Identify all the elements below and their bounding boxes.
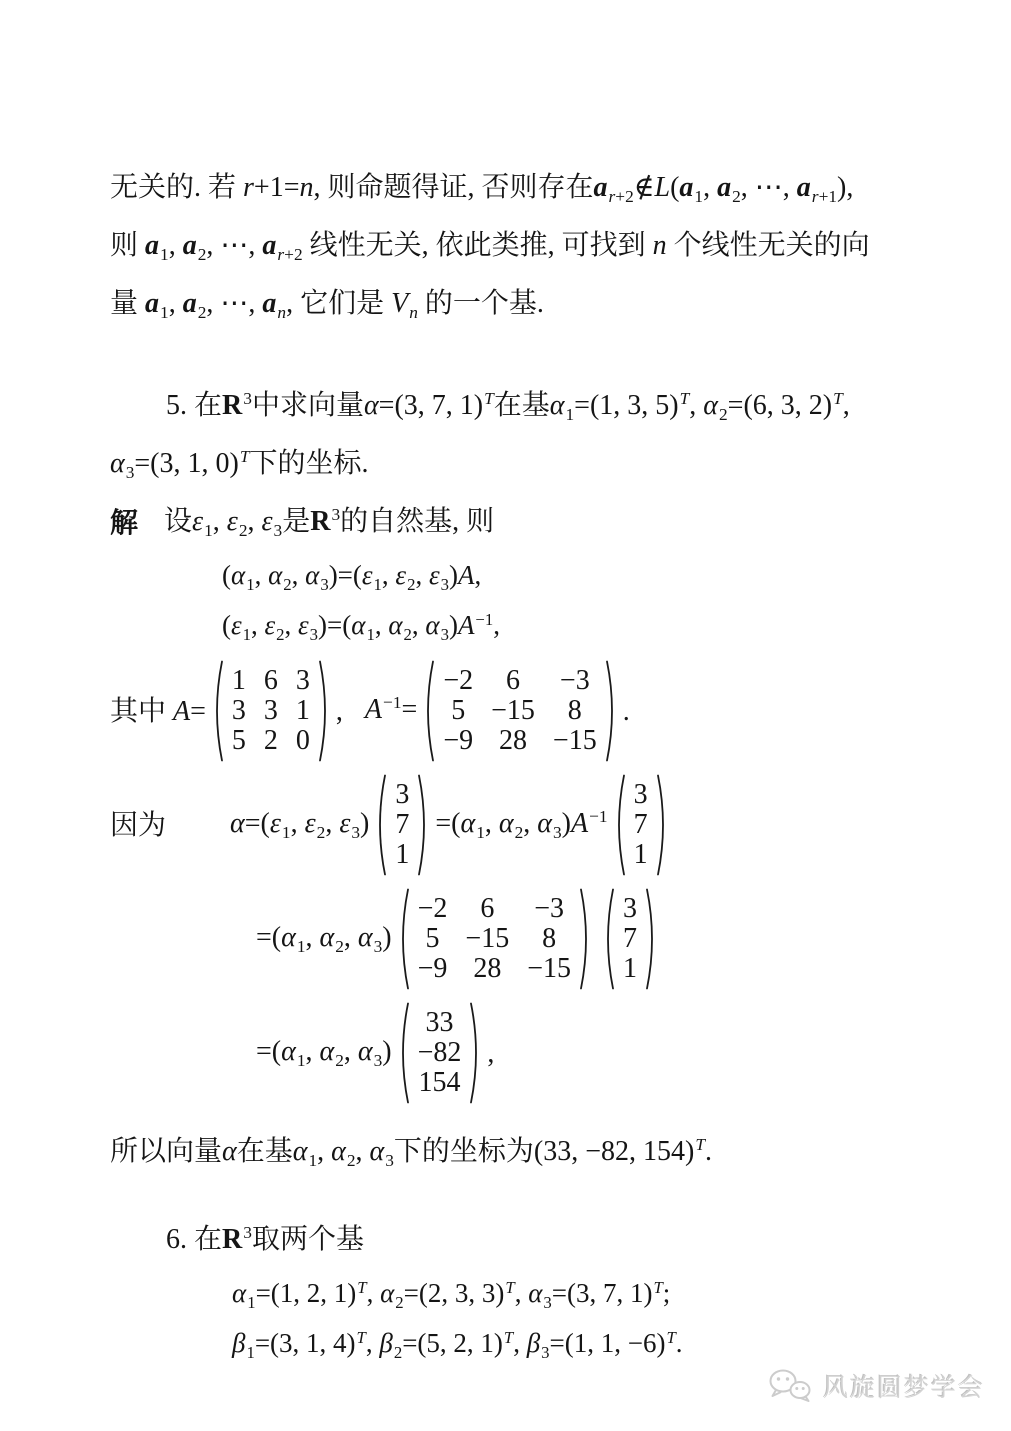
watermark-footer: 风旋圆梦学会 (767, 1367, 985, 1405)
text-run: 1 (297, 937, 306, 956)
matrix-cell: 3 (634, 780, 648, 810)
text-run: , (703, 172, 717, 203)
math-var: ε (231, 610, 242, 640)
text-run: , (291, 808, 305, 839)
math-var: α (331, 1136, 346, 1167)
text-run: =(6, 3, 2) (728, 390, 832, 421)
text-part: 5. 在R3中求向量α=(3, 7, 1)T在基α1=(1, 3, 5)T, α… (166, 378, 850, 436)
math-var: α (364, 390, 379, 421)
text-run: 2 (198, 303, 207, 322)
subscript: 1 (247, 1293, 255, 1312)
text-run: 2 (347, 1151, 356, 1170)
text-part: α=(ε1, ε2, ε3) (230, 796, 369, 854)
math-var: α (499, 808, 514, 839)
text-run: 1 (282, 823, 291, 842)
text-run: 1 (246, 575, 254, 594)
text-run: , (523, 808, 537, 839)
spacer (166, 825, 230, 826)
text-part: =(α1, α2, α3) (256, 1024, 392, 1082)
text-run: 设 (164, 506, 192, 537)
matrix-paren-left-icon (210, 660, 225, 762)
math-var: β (527, 1328, 540, 1358)
spacer (138, 523, 164, 524)
text-run: 1 (204, 521, 213, 540)
text-run: = (190, 696, 206, 727)
document-body: 无关的. 若 r+1=n, 则命题得证, 否则存在ar+2∉L(a1, a2, … (0, 0, 1011, 1370)
column-vector: 371 (612, 774, 670, 876)
matrix: −26−35−158−928−15 (421, 660, 618, 762)
text-run: , (213, 506, 227, 537)
text-run: 2 (719, 405, 728, 424)
matrix-cell: 0 (296, 726, 310, 756)
text-run: 3 (385, 1151, 394, 1170)
text-run: 1 (243, 625, 251, 644)
matrix-cell: −15 (527, 954, 571, 984)
math-var: n (409, 303, 418, 322)
text-run: 3 (274, 521, 283, 540)
subscript: 2 (407, 575, 415, 594)
text-run: , (169, 288, 183, 319)
subscript: 2 (732, 187, 741, 206)
text-run: , (412, 610, 426, 640)
text-run: ) (562, 808, 571, 839)
problem6-line-2: β1=(3, 1, 4)T, β2=(5, 2, 1)T, β3=(1, 1, … (110, 1320, 921, 1370)
text-run: =(2, 3, 3) (404, 1278, 505, 1308)
text-run: 3 (553, 823, 562, 842)
math-var: ε (395, 560, 406, 590)
proof-line-3: 量 a1, a2, ⋯, an, 它们是 Vn 的一个基. (110, 276, 921, 334)
text-part: 6. 在R3取两个基 (166, 1212, 364, 1270)
matrix-cell: 7 (623, 924, 637, 954)
bold-vector: a (797, 172, 811, 203)
bold-vector: a (262, 288, 276, 319)
text-run: , ⋯, (206, 230, 262, 261)
bold-text: 解 (110, 508, 138, 539)
text-run: 1 (247, 1293, 255, 1312)
math-var: ε (298, 610, 309, 640)
matrix-cell: −15 (465, 924, 509, 954)
text-run: =(3, 1, 0) (134, 448, 238, 479)
text-run: =( (245, 808, 270, 839)
bold-vector: a (262, 230, 276, 261)
text-run: ) (449, 610, 458, 640)
text-run: 量 (110, 288, 145, 319)
text-run: 因为 (110, 810, 166, 841)
matrix-cell: 28 (499, 726, 527, 756)
math-var: β (232, 1328, 245, 1358)
math-var: α (232, 1278, 246, 1308)
text-run: 3 (243, 1223, 252, 1242)
matrix-paren-right-icon (468, 1002, 483, 1104)
matrix-cell: −3 (534, 894, 564, 924)
text-run: . (623, 696, 630, 727)
solution-head: 解设ε1, ε2, ε3是R3的自然基, 则 (110, 494, 921, 552)
matrix-cell: 8 (542, 924, 556, 954)
text-run: , (356, 1136, 370, 1167)
text-run: , (285, 610, 299, 640)
text-run: 下的坐标为(33, −82, 154) (394, 1136, 694, 1167)
subscript: 2 (719, 405, 728, 424)
text-part: β1=(3, 1, 4)T, β2=(5, 2, 1)T, β3=(1, 1, … (232, 1320, 683, 1370)
matrix-cell: −82 (418, 1038, 462, 1068)
matrix-grid: 33−82154 (411, 1008, 469, 1098)
matrix-paren-right-icon (644, 888, 659, 990)
equation-basis-1: (α1, α2, α3)=(ε1, ε2, ε3)A, (110, 552, 921, 602)
text-part: (ε1, ε2, ε3)=(α1, α2, α3)A−1, (222, 602, 500, 652)
math-var: r (812, 187, 819, 206)
text-run: =( (435, 808, 460, 839)
bold-text: R (310, 506, 330, 537)
subscript: r+2 (609, 187, 634, 206)
subscript: 3 (541, 1343, 549, 1362)
text-run: 则 (110, 230, 145, 261)
text-run: 2 (317, 823, 326, 842)
math-var: ε (192, 506, 203, 537)
text-run: 中求向量 (252, 390, 364, 421)
bold-vector: a (717, 172, 731, 203)
text-run: 其中 (110, 696, 173, 727)
matrix-cell: 2 (264, 726, 278, 756)
math-var: T (666, 1328, 675, 1347)
math-var: β (379, 1328, 392, 1358)
math-var: T (357, 1278, 366, 1297)
superscript: T (505, 1278, 514, 1297)
math-var: T (505, 1278, 514, 1297)
text-run: 所以向量 (110, 1136, 222, 1167)
text-run: 1 (246, 1343, 254, 1362)
superscript: 3 (243, 1223, 252, 1242)
text-run: 3 (126, 463, 135, 482)
matrix-cell: −2 (418, 894, 448, 924)
because-line: 因为α=(ε1, ε2, ε3)371=(α1, α2, α3)A−1371 (110, 772, 921, 878)
matrix-cell: 1 (296, 696, 310, 726)
text-run: 取两个基 (252, 1224, 364, 1255)
text-run: 线性无关, 依此类推, 可找到 (303, 230, 653, 261)
math-var: α (268, 560, 282, 590)
problem6-head: 6. 在R3取两个基 (110, 1212, 921, 1270)
text-run: , (306, 1036, 320, 1067)
text-run: , ⋯, (741, 172, 797, 203)
math-var: T (484, 389, 494, 408)
text-run: , (169, 230, 183, 261)
math-var: α (110, 448, 125, 479)
math-var: α (281, 1036, 296, 1067)
text-run: 在基 (237, 1136, 293, 1167)
text-run: =(1, 3, 5) (574, 390, 678, 421)
text-run: . (705, 1136, 712, 1167)
text-run: =(3, 7, 1) (379, 390, 483, 421)
matrix-grid: 371 (616, 894, 644, 984)
superscript: 3 (331, 505, 340, 524)
subscript: 2 (335, 937, 344, 956)
superscript: −1 (475, 610, 493, 629)
subscript: 2 (347, 1151, 356, 1170)
text-run: 2 (276, 625, 284, 644)
text-run: , (306, 922, 320, 953)
text-run: 3 (543, 1293, 551, 1312)
matrix-cell: 3 (395, 780, 409, 810)
text-run: 1 (366, 625, 374, 644)
text-run: , (325, 808, 339, 839)
bold-text: R (222, 390, 242, 421)
text-run: 2 (283, 575, 291, 594)
text-run: 2 (404, 625, 412, 644)
subscript: 1 (282, 823, 291, 842)
matrix-cell: 5 (232, 726, 246, 756)
text-run: , 它们是 (286, 288, 391, 319)
text-run: +2 (284, 245, 302, 264)
matrix-paren-left-icon (601, 888, 616, 990)
text-run: 3 (351, 823, 360, 842)
matrix-paren-left-icon (396, 888, 411, 990)
math-var: T (653, 1278, 662, 1297)
subscript: 2 (335, 1051, 344, 1070)
equation-basis-2: (ε1, ε2, ε3)=(α1, α2, α3)A−1, (110, 602, 921, 652)
text-run: =(1, 1, −6) (550, 1328, 666, 1358)
matrix-grid: −26−35−158−928−15 (436, 666, 603, 756)
text-part: 所以向量α在基α1, α2, α3下的坐标为(33, −82, 154)T. (110, 1124, 712, 1182)
text-run: =(3, 1, 4) (255, 1328, 356, 1358)
subscript: 2 (198, 245, 207, 264)
text-run: , (493, 610, 500, 640)
text-run: , (474, 560, 481, 590)
matrix-cell: 3 (232, 696, 246, 726)
text-run: =( (256, 1036, 281, 1067)
text-run: 1 (160, 245, 169, 264)
text-run: )=( (318, 610, 351, 640)
matrix-cell: 154 (419, 1068, 461, 1098)
matrix-cell: −15 (491, 696, 535, 726)
math-var: A (173, 696, 190, 727)
math-var: ε (305, 808, 316, 839)
subscript: 3 (441, 625, 449, 644)
math-var: ε (265, 610, 276, 640)
math-var: n (300, 172, 314, 203)
matrix-cell: 1 (232, 666, 246, 696)
subscript: 3 (385, 1151, 394, 1170)
subscript: n (277, 303, 286, 322)
subscript: 2 (404, 625, 412, 644)
text-run: 个线性无关的向 (667, 230, 870, 261)
matrix-paren-right-icon (578, 888, 593, 990)
text-part: , (336, 684, 343, 739)
proof-line-1: 无关的. 若 r+1=n, 则命题得证, 否则存在ar+2∉L(a1, a2, … (110, 160, 921, 218)
text-run: , (513, 1328, 527, 1358)
subscript: 3 (274, 521, 283, 540)
matrix-paren-left-icon (421, 660, 436, 762)
math-var: α (231, 560, 245, 590)
subscript: 3 (441, 575, 449, 594)
math-var: T (833, 389, 843, 408)
text-run: , 则命题得证, 否则存在 (314, 172, 594, 203)
matrix-grid: 371 (388, 780, 416, 870)
text-run: ) (382, 1036, 391, 1067)
matrix-grid: −26−35−158−928−15 (411, 894, 578, 984)
text-part: α1=(1, 2, 1)T, α2=(2, 3, 3)T, α3=(3, 7, … (232, 1270, 670, 1320)
derivation-line-1: =(α1, α2, α3)−26−35−158−928−15371 (110, 886, 921, 992)
matrix-cell: 6 (480, 894, 494, 924)
bold-vector: a (145, 288, 159, 319)
matrix-cell: 3 (296, 666, 310, 696)
text-run: 1 (694, 187, 703, 206)
text-run: 2 (732, 187, 741, 206)
matrix-paren-right-icon (604, 660, 619, 762)
text-run: , (375, 610, 389, 640)
text-run: =(1, 2, 1) (256, 1278, 357, 1308)
text-run: , (344, 1036, 358, 1067)
math-var: A (458, 610, 475, 640)
text-run: 的一个基. (418, 288, 544, 319)
superscript: T (484, 389, 494, 408)
math-var: ε (227, 506, 238, 537)
math-var: ε (429, 560, 440, 590)
subscript: 2 (394, 1343, 402, 1362)
superscript: T (695, 1135, 705, 1154)
text-run: ∉ (634, 172, 655, 203)
text-run: 6. 在 (166, 1224, 222, 1255)
text-run: 下的坐标. (250, 448, 369, 479)
math-var: n (653, 230, 667, 261)
math-var: T (695, 1135, 705, 1154)
math-var: α (537, 808, 552, 839)
matrix-cell: 5 (426, 924, 440, 954)
text-run: ), (837, 172, 853, 203)
text-run: 2 (198, 245, 207, 264)
superscript: T (240, 447, 250, 466)
superscript: T (666, 1328, 675, 1347)
text-run: +2 (615, 187, 633, 206)
math-var: ε (270, 808, 281, 839)
matrix-cell: 1 (634, 840, 648, 870)
conclusion-line: 所以向量α在基α1, α2, α3下的坐标为(33, −82, 154)T. (110, 1124, 921, 1182)
text-run: , (336, 696, 343, 727)
matrix-grid: 163331520 (225, 666, 317, 756)
matrix-cell: 6 (506, 666, 520, 696)
text-run: =( (256, 922, 281, 953)
text-run: 1 (160, 303, 169, 322)
matrix-cell: −9 (443, 726, 473, 756)
problem5-line-2: α3=(3, 1, 0)T下的坐标. (110, 436, 921, 494)
superscript: T (357, 1328, 366, 1347)
math-var: α (320, 922, 335, 953)
math-var: T (357, 1328, 366, 1347)
watermark-brand-text: 风旋圆梦学会 (823, 1368, 985, 1404)
text-run: +1 (819, 187, 837, 206)
column-vector: 371 (601, 888, 659, 990)
matrix-cell: 7 (395, 810, 409, 840)
text-run: , (487, 1038, 494, 1069)
math-var: α (703, 390, 718, 421)
matrix-definition-line: 其中 A=163331520,A−1=−26−35−158−928−15. (110, 658, 921, 764)
matrix-cell: −15 (553, 726, 597, 756)
text-run: 无关的. 若 (110, 172, 243, 203)
matrix-cell: 6 (264, 666, 278, 696)
text-run: 3 (441, 625, 449, 644)
spacer (343, 711, 365, 712)
subscript: n (409, 303, 418, 322)
subscript: 1 (246, 1343, 254, 1362)
text-run: 3 (441, 575, 449, 594)
text-run: 2 (239, 521, 248, 540)
subscript: 2 (317, 823, 326, 842)
math-var: α (320, 1036, 335, 1067)
subscript: 3 (320, 575, 328, 594)
subscript: 1 (565, 405, 574, 424)
text-run: , ⋯, (206, 288, 262, 319)
math-var: α (380, 1278, 394, 1308)
superscript: −1 (589, 807, 607, 826)
document-page: 无关的. 若 r+1=n, 则命题得证, 否则存在ar+2∉L(a1, a2, … (0, 0, 1011, 1431)
subscript: r+2 (277, 245, 302, 264)
text-run: , (292, 560, 306, 590)
matrix-paren-right-icon (655, 774, 670, 876)
math-var: α (293, 1136, 308, 1167)
math-var: α (358, 1036, 373, 1067)
text-part: α3=(3, 1, 0)T下的坐标. (110, 436, 369, 494)
subscript: 1 (297, 937, 306, 956)
text-run: ) (360, 808, 369, 839)
text-run: 3 (243, 389, 252, 408)
matrix-cell: 1 (623, 954, 637, 984)
wechat-icon (767, 1367, 813, 1405)
math-var: A (458, 560, 475, 590)
math-var: T (504, 1328, 513, 1347)
text-run: 的自然基, 则 (340, 506, 494, 537)
text-part: 量 a1, a2, ⋯, an, 它们是 Vn 的一个基. (110, 276, 544, 334)
text-run: 2 (395, 1293, 403, 1312)
text-run: ) (449, 560, 458, 590)
subscript: 1 (160, 245, 169, 264)
superscript: 3 (243, 389, 252, 408)
text-run: , (515, 1278, 529, 1308)
text-run: , (317, 1136, 331, 1167)
math-var: A (571, 808, 588, 839)
matrix-cell: 5 (451, 696, 465, 726)
text-run: 在基 (494, 390, 550, 421)
text-part: A−1= (365, 682, 417, 740)
text-run: 1 (297, 1051, 306, 1070)
subscript: 2 (283, 575, 291, 594)
matrix-cell: 7 (634, 810, 648, 840)
matrix: 163331520 (210, 660, 332, 762)
matrix-cell: −9 (418, 954, 448, 984)
matrix: −26−35−158−928−15 (396, 888, 593, 990)
column-vector: 33−82154 (396, 1002, 484, 1104)
text-run: +1= (254, 172, 300, 203)
superscript: T (653, 1278, 662, 1297)
subscript: 1 (246, 575, 254, 594)
text-run: 1 (374, 575, 382, 594)
text-run: ; (663, 1278, 671, 1308)
subscript: 3 (374, 1051, 383, 1070)
text-part: . (623, 684, 630, 739)
matrix-cell: −3 (560, 666, 590, 696)
matrix-grid: 371 (627, 780, 655, 870)
math-var: α (305, 560, 319, 590)
math-var: n (277, 303, 286, 322)
matrix-cell: 1 (395, 840, 409, 870)
math-var: ε (339, 808, 350, 839)
matrix-paren-right-icon (416, 774, 431, 876)
matrix-cell: 8 (568, 696, 582, 726)
matrix-paren-left-icon (373, 774, 388, 876)
text-run: , (251, 610, 265, 640)
subscript: 2 (198, 303, 207, 322)
subscript: 1 (297, 1051, 306, 1070)
matrix-cell: 3 (623, 894, 637, 924)
math-var: α (351, 610, 365, 640)
text-run: )=( (329, 560, 362, 590)
